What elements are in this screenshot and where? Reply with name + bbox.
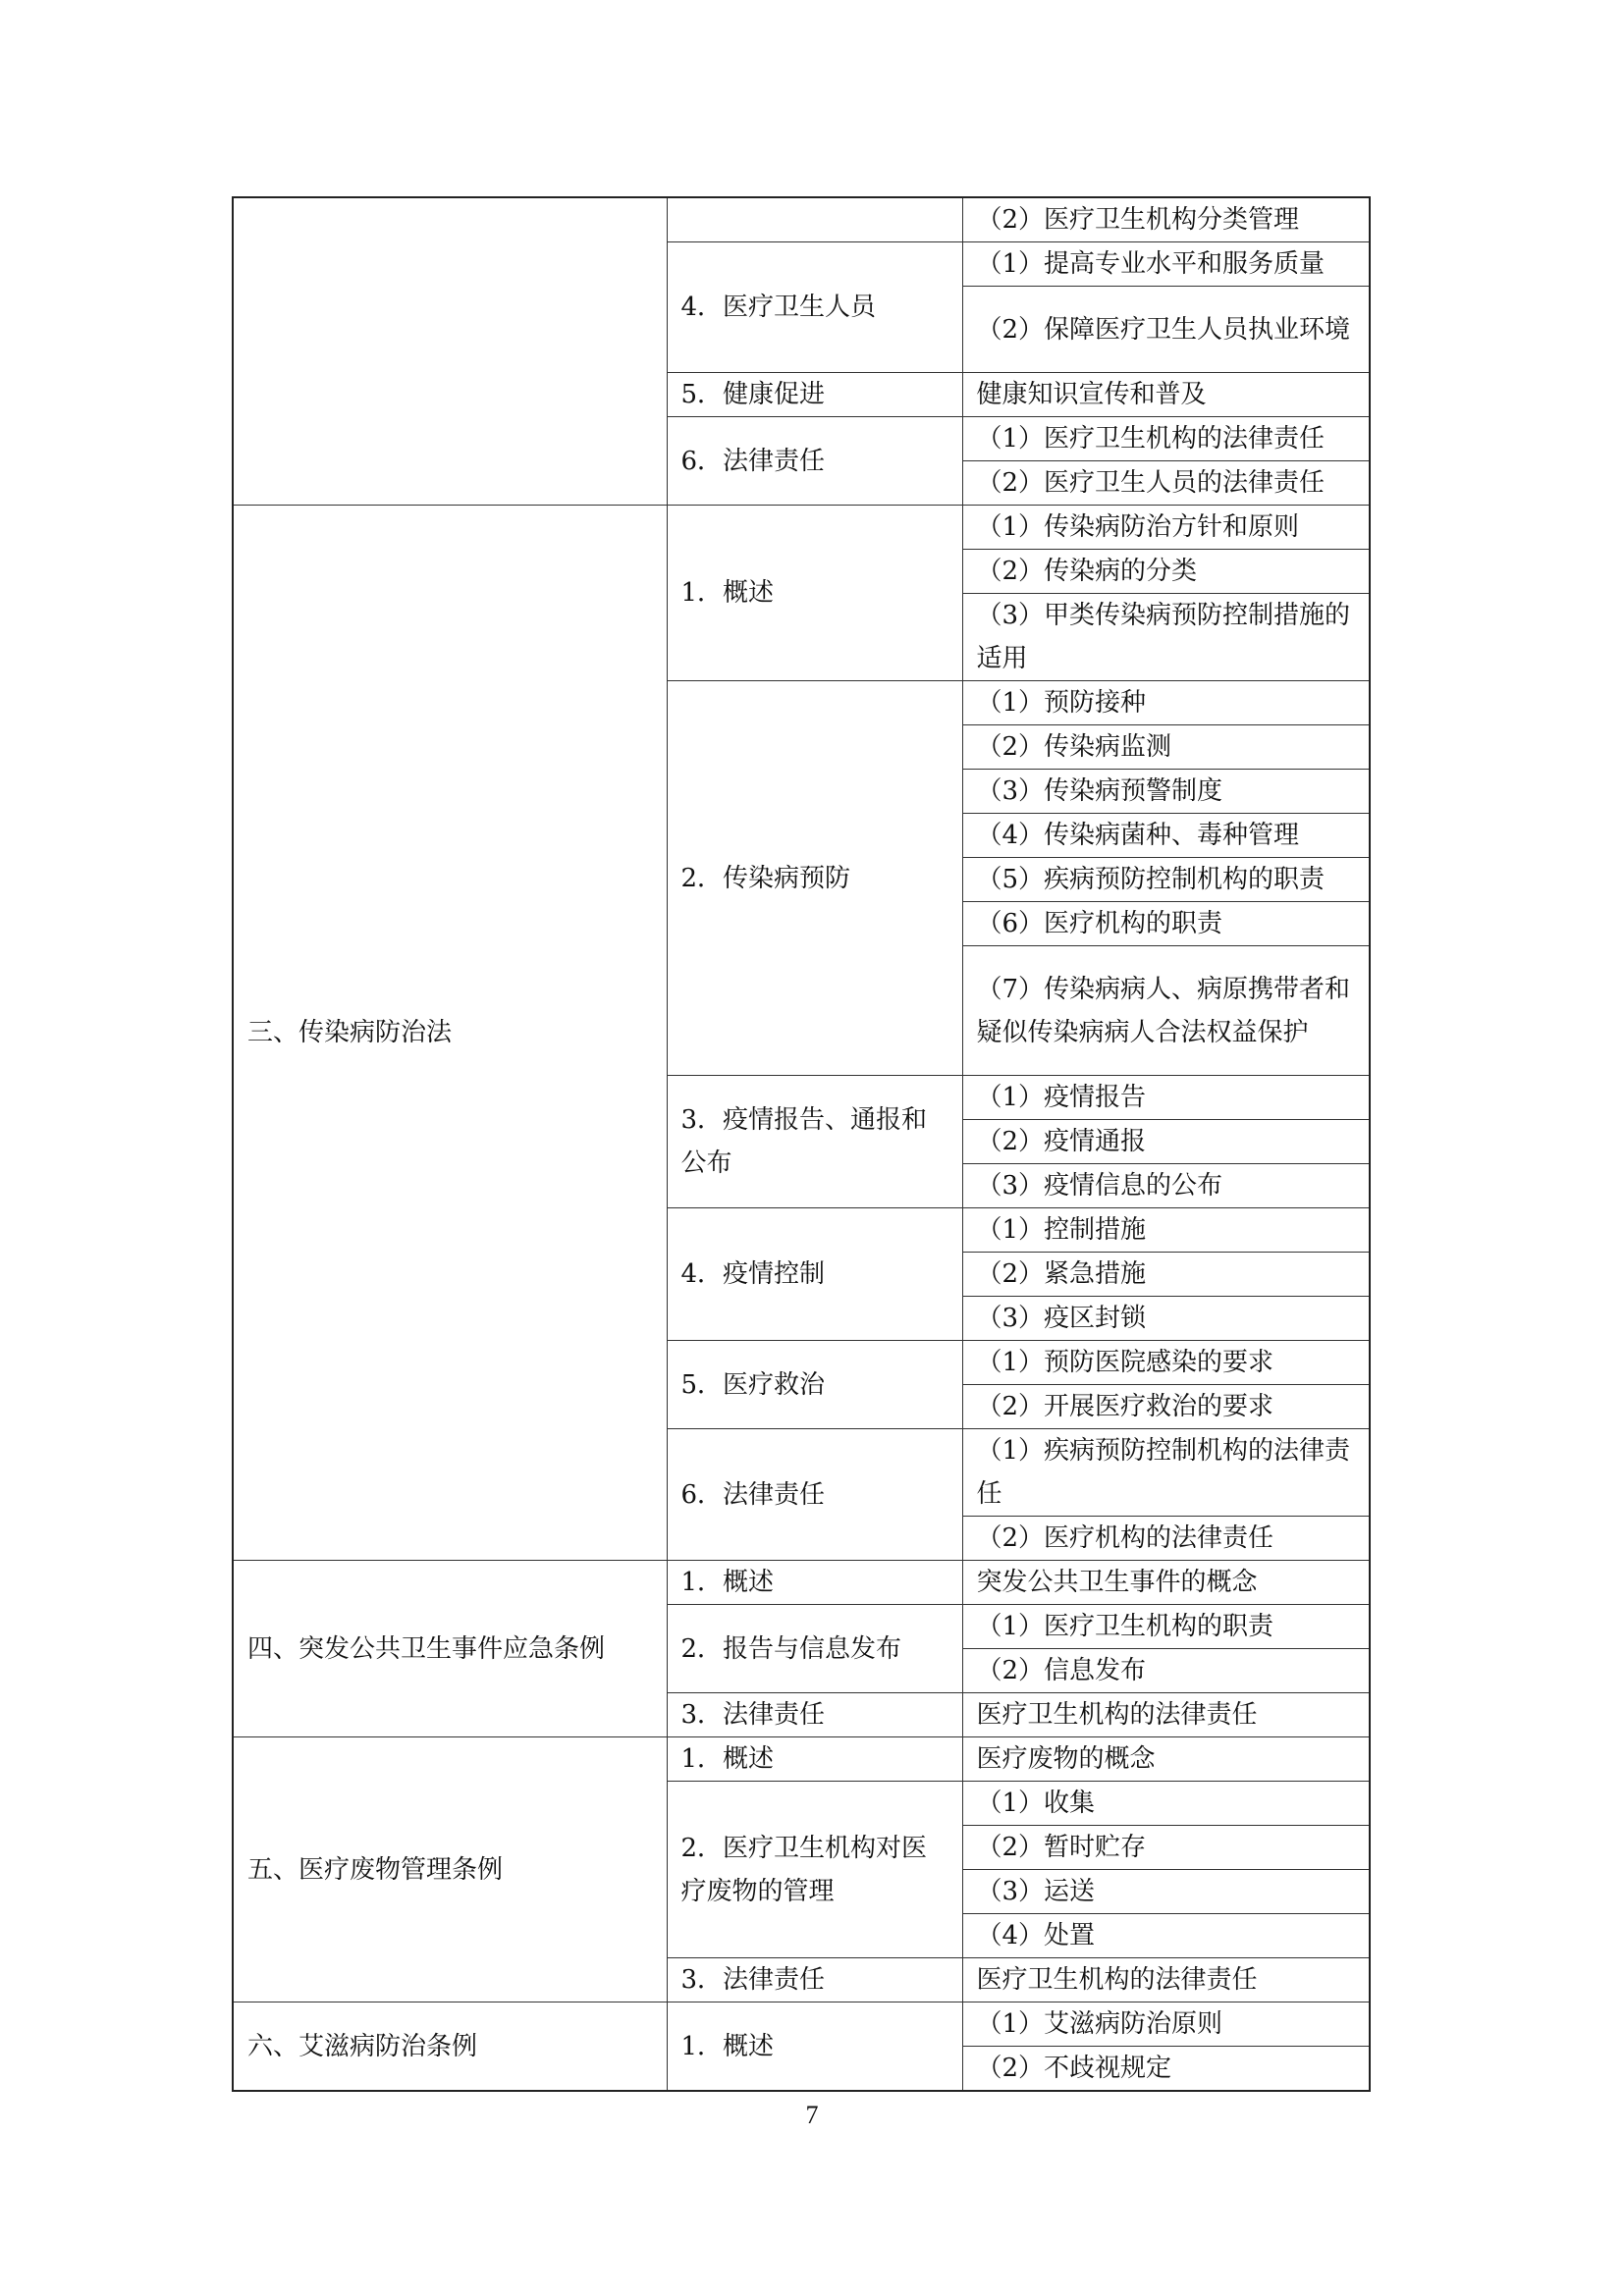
table-row: 六、艾滋病防治条例 1．概述 （1）艾滋病防治原则 <box>233 2002 1370 2047</box>
sub-cell: （2）不歧视规定 <box>962 2047 1370 2092</box>
sub-cell: 医疗卫生机构的法律责任 <box>962 1693 1370 1737</box>
section-cell: 六、艾滋病防治条例 <box>233 2002 667 2092</box>
sub-cell: 突发公共卫生事件的概念 <box>962 1561 1370 1605</box>
item-cell: 2．传染病预防 <box>667 681 962 1076</box>
sub-cell: （1）艾滋病防治原则 <box>962 2002 1370 2047</box>
sub-cell: （4）传染病菌种、毒种管理 <box>962 814 1370 858</box>
sub-cell: （1）预防医院感染的要求 <box>962 1341 1370 1385</box>
sub-cell: （6）医疗机构的职责 <box>962 902 1370 946</box>
item-cell: 6．法律责任 <box>667 1429 962 1561</box>
sub-cell: （1）收集 <box>962 1782 1370 1826</box>
item-cell: 4．医疗卫生人员 <box>667 242 962 373</box>
item-cell: 4．疫情控制 <box>667 1208 962 1341</box>
item-cell: 2．医疗卫生机构对医疗废物的管理 <box>667 1782 962 1958</box>
table-row: （2）医疗卫生机构分类管理 <box>233 197 1370 242</box>
sub-cell: （2）传染病的分类 <box>962 550 1370 594</box>
table-row: 四、突发公共卫生事件应急条例 1．概述 突发公共卫生事件的概念 <box>233 1561 1370 1605</box>
sub-cell: （4）处置 <box>962 1914 1370 1958</box>
document-page: （2）医疗卫生机构分类管理 4．医疗卫生人员 （1）提高专业水平和服务质量 （2… <box>0 0 1624 2296</box>
item-cell: 2．报告与信息发布 <box>667 1605 962 1693</box>
item-cell: 1．概述 <box>667 506 962 681</box>
table-row: 三、传染病防治法 1．概述 （1）传染病防治方针和原则 <box>233 506 1370 550</box>
item-cell <box>667 197 962 242</box>
item-cell: 6．法律责任 <box>667 417 962 506</box>
section-cell: 五、医疗废物管理条例 <box>233 1737 667 2002</box>
sub-cell: （1）传染病防治方针和原则 <box>962 506 1370 550</box>
sub-cell: （1）疫情报告 <box>962 1076 1370 1120</box>
sub-cell: （1）提高专业水平和服务质量 <box>962 242 1370 287</box>
sub-cell: （3）传染病预警制度 <box>962 770 1370 814</box>
item-cell: 1．概述 <box>667 1737 962 1782</box>
item-cell: 5．健康促进 <box>667 373 962 417</box>
section-cell <box>233 197 667 506</box>
item-cell: 3．法律责任 <box>667 1693 962 1737</box>
sub-cell: （3）疫情信息的公布 <box>962 1164 1370 1208</box>
sub-cell: （1）疾病预防控制机构的法律责任 <box>962 1429 1370 1517</box>
sub-cell: （7）传染病病人、病原携带者和疑似传染病病人合法权益保护 <box>962 946 1370 1076</box>
sub-cell: （2）保障医疗卫生人员执业环境 <box>962 287 1370 373</box>
sub-cell: 医疗卫生机构的法律责任 <box>962 1958 1370 2002</box>
item-cell: 1．概述 <box>667 2002 962 2092</box>
sub-cell: （1）控制措施 <box>962 1208 1370 1253</box>
sub-cell: （2）传染病监测 <box>962 725 1370 770</box>
sub-cell: （3）疫区封锁 <box>962 1297 1370 1341</box>
sub-cell: （1）医疗卫生机构的法律责任 <box>962 417 1370 461</box>
sub-cell: （2）信息发布 <box>962 1649 1370 1693</box>
sub-cell: 健康知识宣传和普及 <box>962 373 1370 417</box>
item-cell: 3．法律责任 <box>667 1958 962 2002</box>
sub-cell: （3）运送 <box>962 1870 1370 1914</box>
sub-cell: （2）暂时贮存 <box>962 1826 1370 1870</box>
table-row: 五、医疗废物管理条例 1．概述 医疗废物的概念 <box>233 1737 1370 1782</box>
sub-cell: （2）医疗卫生机构分类管理 <box>962 197 1370 242</box>
sub-cell: （3）甲类传染病预防控制措施的适用 <box>962 594 1370 681</box>
sub-cell: （1）预防接种 <box>962 681 1370 725</box>
sub-cell: （2）医疗机构的法律责任 <box>962 1517 1370 1561</box>
syllabus-table: （2）医疗卫生机构分类管理 4．医疗卫生人员 （1）提高专业水平和服务质量 （2… <box>232 196 1371 2092</box>
sub-cell: （2）医疗卫生人员的法律责任 <box>962 461 1370 506</box>
sub-cell: （5）疾病预防控制机构的职责 <box>962 858 1370 902</box>
sub-cell: （2）疫情通报 <box>962 1120 1370 1164</box>
sub-cell: （1）医疗卫生机构的职责 <box>962 1605 1370 1649</box>
sub-cell: （2）紧急措施 <box>962 1253 1370 1297</box>
page-number: 7 <box>0 2101 1624 2130</box>
sub-cell: （2）开展医疗救治的要求 <box>962 1385 1370 1429</box>
item-cell: 3．疫情报告、通报和公布 <box>667 1076 962 1208</box>
item-cell: 5．医疗救治 <box>667 1341 962 1429</box>
section-cell: 三、传染病防治法 <box>233 506 667 1561</box>
section-cell: 四、突发公共卫生事件应急条例 <box>233 1561 667 1737</box>
item-cell: 1．概述 <box>667 1561 962 1605</box>
sub-cell: 医疗废物的概念 <box>962 1737 1370 1782</box>
